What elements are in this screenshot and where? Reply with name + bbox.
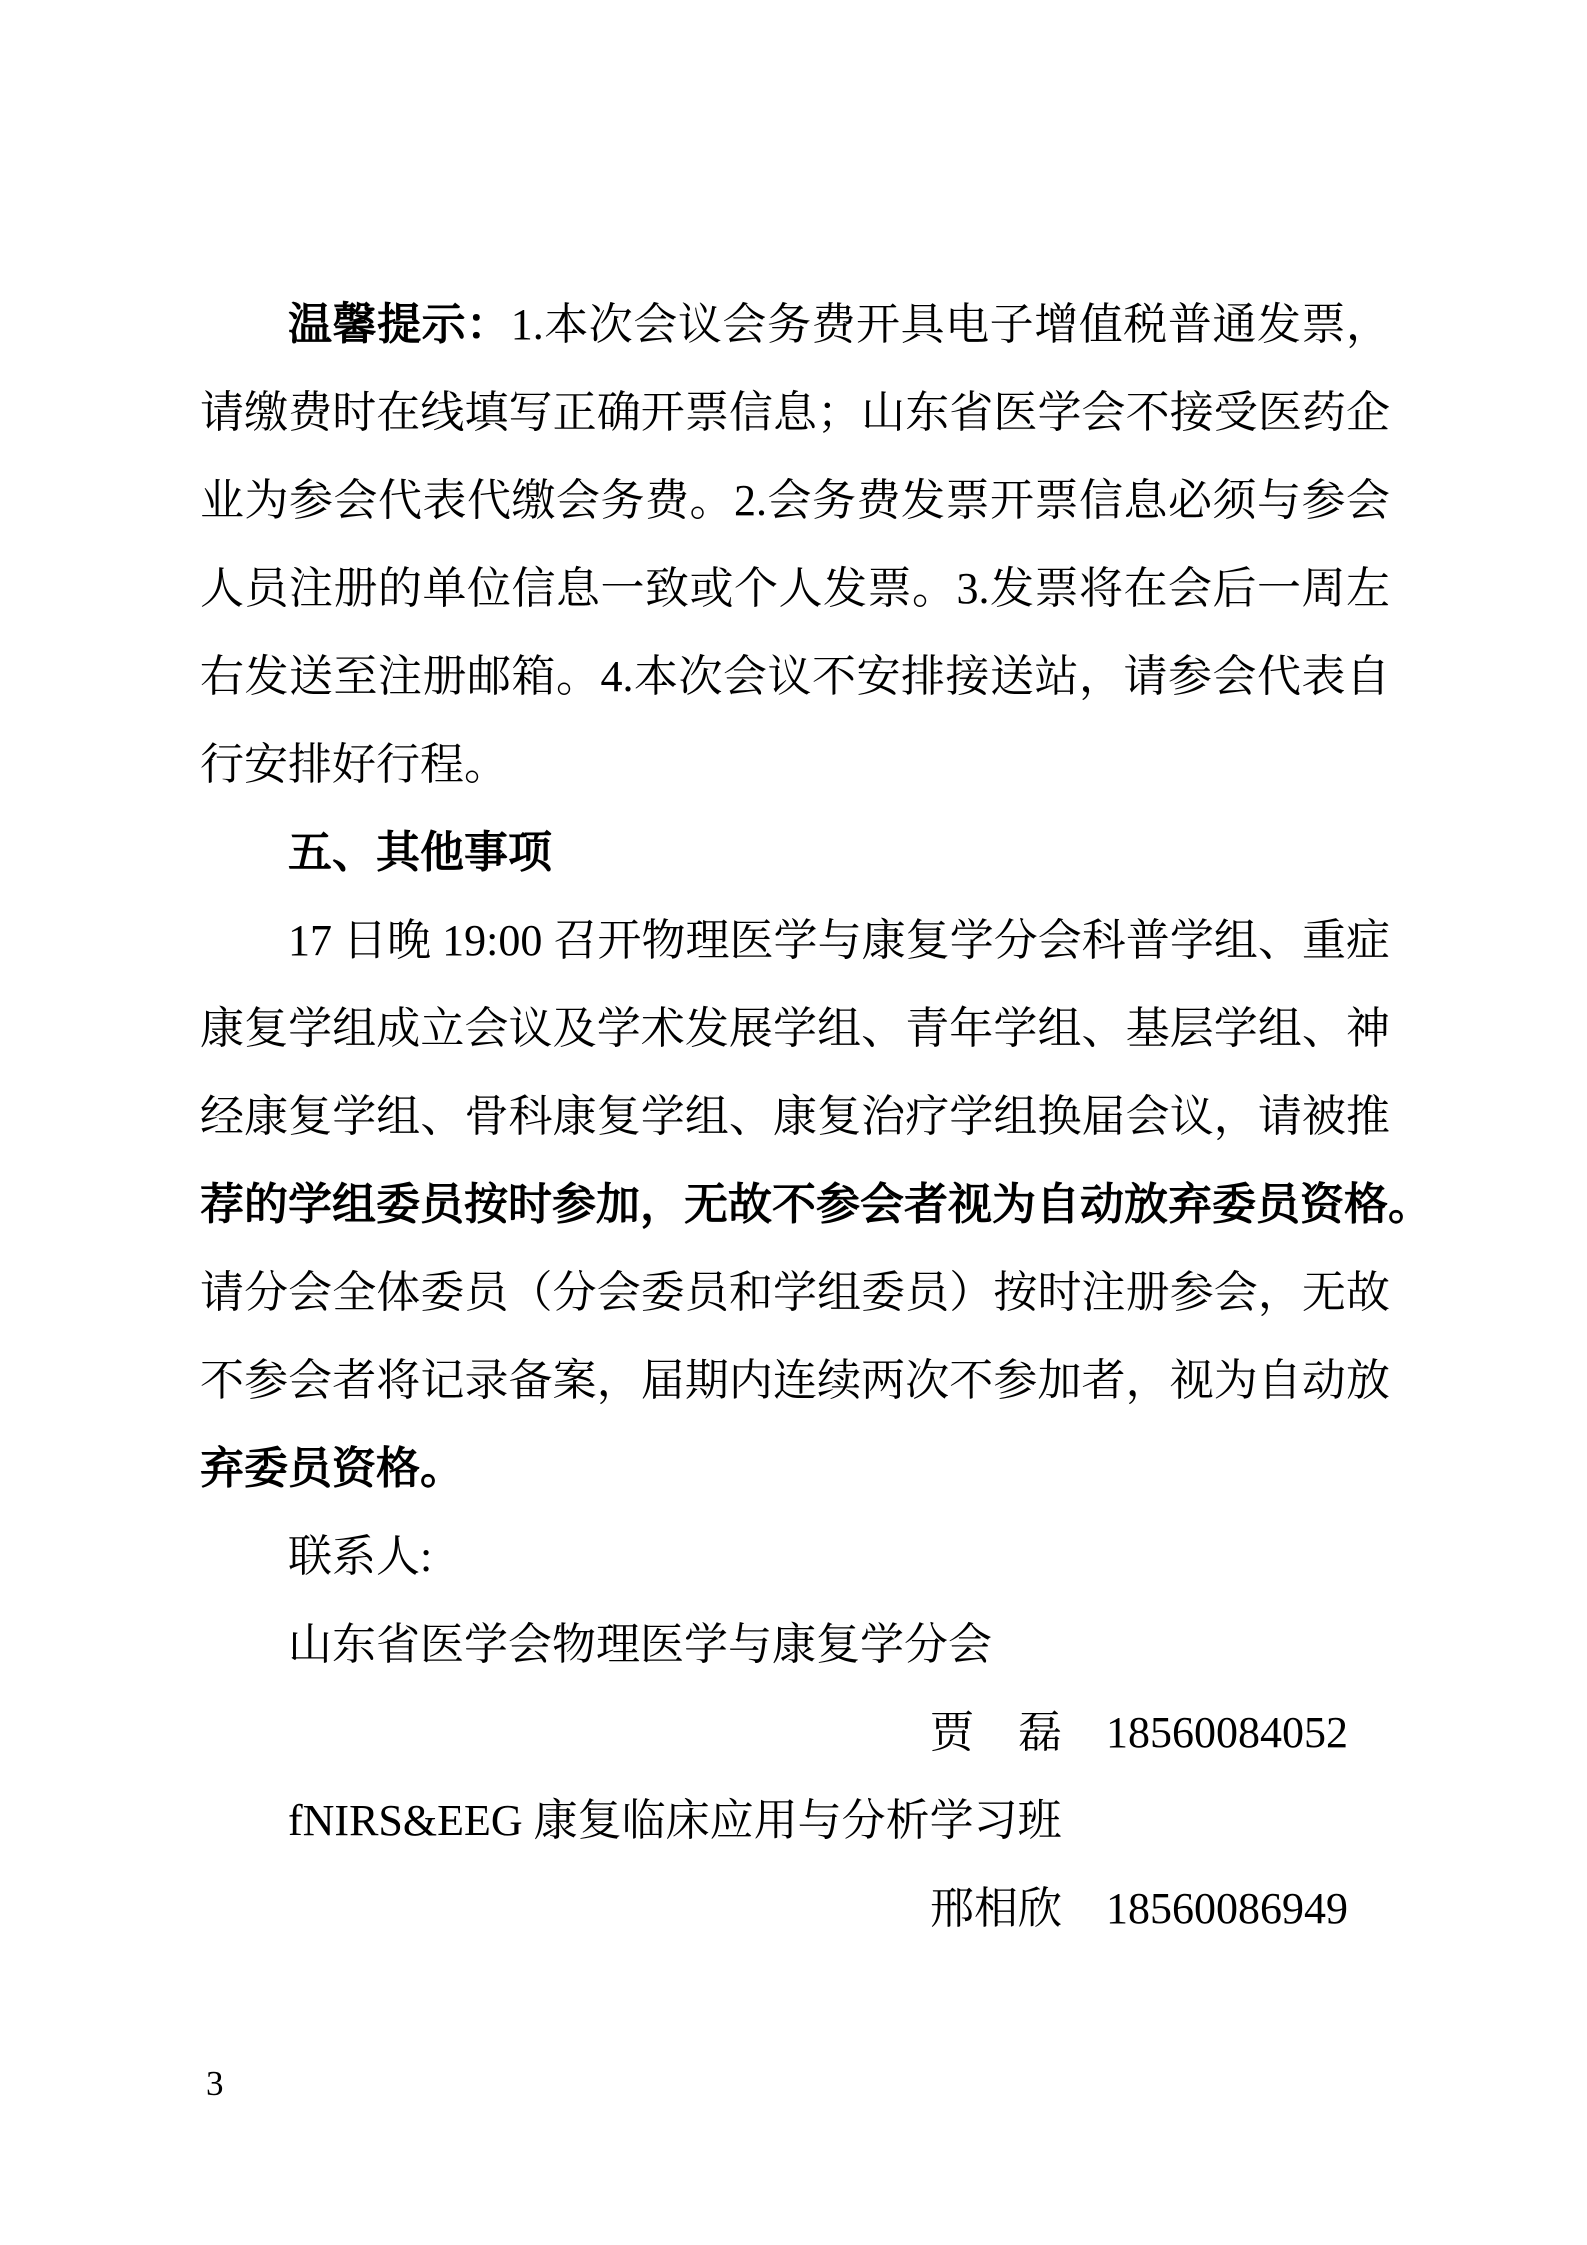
text-segment: 经康复学组、骨科康复学组、康复治疗学组换届会议，请被推 (200, 1092, 1390, 1141)
other-line-2: 康复学组成立会议及学术发展学组、青年学组、基层学组、神 (200, 985, 1390, 1073)
other-line-1: 17 日晚 19:00 召开物理医学与康复学分会科普学组、重症 (200, 897, 1390, 985)
contact-person-2: 邢相欣 18560086949 (200, 1865, 1390, 1953)
text-segment: 贾 磊 18560084052 (930, 1708, 1348, 1757)
contact-person-1: 贾 磊 18560084052 (200, 1689, 1390, 1777)
text-segment: 业为参会代表代缴会务费。2.会务费发票开票信息必须与参会 (200, 476, 1390, 525)
other-line-7: 弃委员资格。 (200, 1425, 1390, 1513)
document-body: 温馨提示：1.本次会议会务费开具电子增值税普通发票，请缴费时在线填写正确开票信息… (200, 281, 1390, 1953)
text-segment: 荐的学组委员按时参加，无故不参会者视为自动放弃委员资格。 (200, 1180, 1432, 1229)
text-segment: 邢相欣 18560086949 (930, 1884, 1348, 1933)
contact-org-1: 山东省医学会物理医学与康复学分会 (200, 1601, 1390, 1689)
contact-label: 联系人: (200, 1513, 1390, 1601)
text-segment: 弃委员资格。 (200, 1444, 464, 1493)
text-segment: 联系人: (288, 1532, 432, 1581)
contact-org-2: fNIRS&EEG 康复临床应用与分析学习班 (200, 1777, 1390, 1865)
text-segment: 山东省医学会物理医学与康复学分会 (288, 1620, 992, 1669)
text-segment: 人员注册的单位信息一致或个人发票。3.发票将在会后一周左 (200, 564, 1390, 613)
tips-line-5: 右发送至注册邮箱。4.本次会议不安排接送站，请参会代表自 (200, 633, 1390, 721)
tips-line-4: 人员注册的单位信息一致或个人发票。3.发票将在会后一周左 (200, 545, 1390, 633)
section-heading: 五、其他事项 (200, 809, 1390, 897)
text-segment: 不参会者将记录备案，届期内连续两次不参加者，视为自动放 (200, 1356, 1390, 1405)
text-segment: 请缴费时在线填写正确开票信息；山东省医学会不接受医药企 (200, 388, 1390, 437)
text-segment: 行安排好行程。 (200, 740, 508, 789)
other-line-3: 经康复学组、骨科康复学组、康复治疗学组换届会议，请被推 (200, 1073, 1390, 1161)
tips-line-2: 请缴费时在线填写正确开票信息；山东省医学会不接受医药企 (200, 369, 1390, 457)
page-number: 3 (206, 2062, 224, 2106)
tips-line-6: 行安排好行程。 (200, 721, 1390, 809)
document-page: 温馨提示：1.本次会议会务费开具电子增值税普通发票，请缴费时在线填写正确开票信息… (0, 0, 1587, 2245)
other-line-4: 荐的学组委员按时参加，无故不参会者视为自动放弃委员资格。 (200, 1161, 1390, 1249)
text-segment: 17 日晚 19:00 召开物理医学与康复学分会科普学组、重症 (288, 916, 1390, 965)
other-line-6: 不参会者将记录备案，届期内连续两次不参加者，视为自动放 (200, 1337, 1390, 1425)
text-segment: 请分会全体委员（分会委员和学组委员）按时注册参会，无故 (200, 1268, 1390, 1317)
text-segment: 康复学组成立会议及学术发展学组、青年学组、基层学组、神 (200, 1004, 1390, 1053)
text-segment: 五、其他事项 (288, 828, 552, 877)
text-segment: 温馨提示： (288, 300, 511, 349)
other-line-5: 请分会全体委员（分会委员和学组委员）按时注册参会，无故 (200, 1249, 1390, 1337)
text-segment: 右发送至注册邮箱。4.本次会议不安排接送站，请参会代表自 (200, 652, 1390, 701)
tips-line-3: 业为参会代表代缴会务费。2.会务费发票开票信息必须与参会 (200, 457, 1390, 545)
text-segment: 1.本次会议会务费开具电子增值税普通发票， (511, 300, 1390, 349)
text-segment: fNIRS&EEG 康复临床应用与分析学习班 (288, 1796, 1062, 1845)
tips-line-1: 温馨提示：1.本次会议会务费开具电子增值税普通发票， (200, 281, 1390, 369)
